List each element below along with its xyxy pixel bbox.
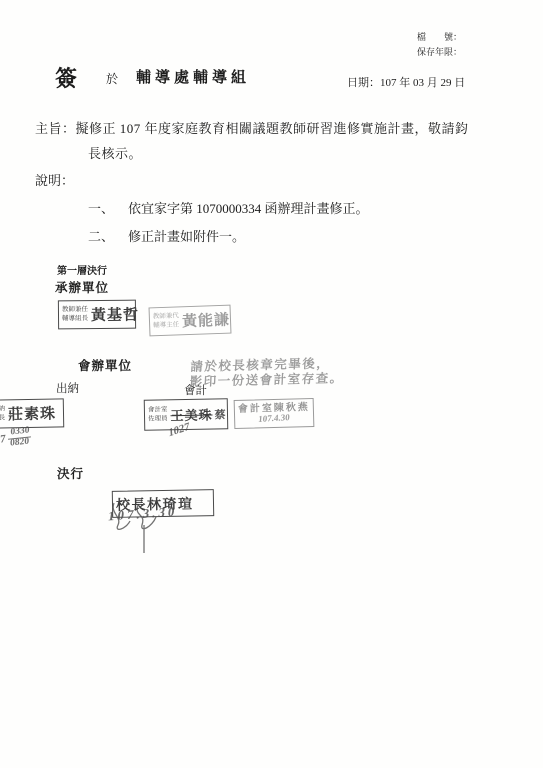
item-1-number: 一、 xyxy=(88,201,114,216)
organizer-stamp-role: 教師兼任 輔導組長 xyxy=(62,306,88,322)
cashier-stamp: 出納 組長 莊素珠 xyxy=(0,398,64,428)
scanned-memo-page: 檔 號： 保存年限： 簽 於 輔導處輔導組 日期：107 年 03 月 29 日… xyxy=(0,0,543,768)
explanation-label: 說明： xyxy=(35,170,74,189)
office-name: 輔導處輔導組 xyxy=(136,66,250,87)
handling-unit-label: 承辦單位 xyxy=(55,278,109,296)
accounting-clerk-stamp-name: 王美珠 xyxy=(170,405,212,425)
file-info-block: 檔 號： 保存年限： xyxy=(417,30,462,60)
accounting-handwritten-note: 請於校長核章完畢後， 影印一份送會計室存查。 xyxy=(189,356,344,390)
first-level-decision-label: 第一層決行 xyxy=(57,262,107,277)
director-stamp-role: 教師兼代 輔導主任 xyxy=(153,313,180,330)
cashier-time-fraction: 0330 0820 xyxy=(8,426,32,450)
item-2-text: 修正計畫如附件一。 xyxy=(128,229,245,244)
explanation-item-2: 二、修正計畫如附件一。 xyxy=(88,226,245,245)
accounting-clerk-stamp-role: 會計室 佐理員 xyxy=(148,407,168,424)
retention-period-label: 保存年限： xyxy=(417,45,462,60)
cashier-time-note: 7 0330 0820 xyxy=(0,426,32,450)
cashier-time-prefix: 7 xyxy=(0,433,6,446)
at-label: 於 xyxy=(106,70,118,87)
file-number-label: 檔 號： xyxy=(417,30,462,45)
item-2-number: 二、 xyxy=(88,229,114,244)
document-date: 日期：107 年 03 月 29 日 xyxy=(347,74,465,90)
accounting-chief-date-note: 107.4.30 xyxy=(258,413,290,425)
director-stamp: 教師兼代 輔導主任 黃能謙 xyxy=(149,305,232,337)
accounting-chief-stamp: 會計室陳秋燕 107.4.30 xyxy=(234,398,315,429)
explanation-item-1: 一、依宜家字第 1070000334 函辦理計畫修正。 xyxy=(88,198,369,217)
subject-line-2: 長核示。 xyxy=(88,143,142,162)
accounting-clerk-countersign: 蔡 xyxy=(214,406,225,422)
item-1-text: 依宜家字第 1070000334 函辦理計畫修正。 xyxy=(128,201,369,216)
co-handling-unit-label: 會辦單位 xyxy=(78,356,132,374)
director-stamp-name: 黃能謙 xyxy=(182,309,231,332)
cashier-stamp-role: 出納 組長 xyxy=(0,406,5,422)
final-decision-label: 決行 xyxy=(57,464,84,482)
cashier-stamp-name: 莊素珠 xyxy=(8,402,56,424)
cashier-label: 出納 xyxy=(56,380,79,396)
organizer-stamp: 教師兼任 輔導組長 黃基哲 xyxy=(58,300,136,330)
doc-type-title: 簽 xyxy=(55,62,79,93)
note-line-2: 影印一份送會計室存查。 xyxy=(189,371,344,390)
organizer-stamp-name: 黃基哲 xyxy=(91,304,139,325)
subject-line-1: 主旨：擬修正 107 年度家庭教育相關議題教師研習進修實施計畫，敬請鈞 xyxy=(35,118,469,137)
